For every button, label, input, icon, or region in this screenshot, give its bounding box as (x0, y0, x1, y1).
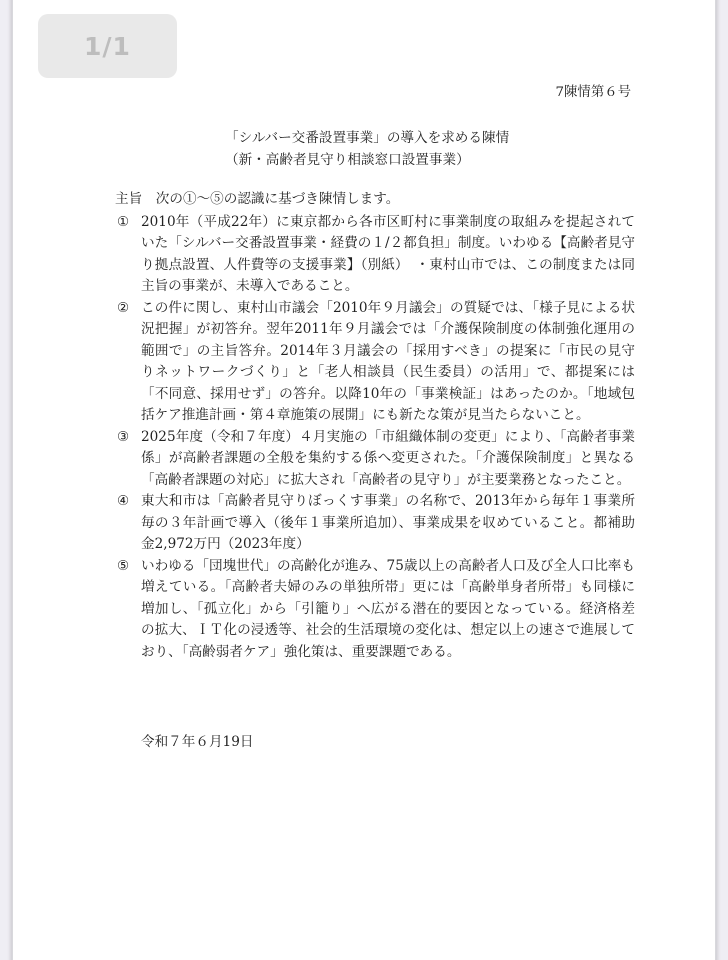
item-text: 2010年（平成22年）に東京都から各市区町村に事業制度の取組みを提起されていた… (141, 212, 635, 298)
list-item: ① 2010年（平成22年）に東京都から各市区町村に事業制度の取組みを提起されて… (115, 212, 635, 298)
document-subtitle: （新・高齢者見守り相談窓口設置事業） (225, 149, 509, 171)
item-text: いわゆる「団塊世代」の高齢化が進み、75歳以上の高齢者人口及び全人口比率も増えて… (141, 556, 635, 664)
list-item: ④ 東大和市は「高齢者見守りぼっくす事業」の名称で、2013年から毎年１事業所毎… (115, 491, 635, 556)
item-number: ④ (117, 491, 129, 513)
item-text: 2025年度（令和７年度）４月実施の「市組織体制の変更」により、「高齢者事業係」… (141, 427, 635, 492)
title-block: 「シルバー交番設置事業」の導入を求める陳情 （新・高齢者見守り相談窓口設置事業） (225, 127, 509, 171)
document-viewer: 1/1 7陳情第６号 「シルバー交番設置事業」の導入を求める陳情 （新・高齢者見… (0, 0, 728, 960)
item-number: ③ (117, 427, 129, 449)
list-item: ② この件に関し、東村山市議会「2010年９月議会」の質疑では、「様子見による状… (115, 298, 635, 427)
item-number: ① (117, 212, 129, 234)
document-page[interactable]: 7陳情第６号 「シルバー交番設置事業」の導入を求める陳情 （新・高齢者見守り相談… (12, 0, 716, 960)
item-number: ② (117, 298, 129, 320)
summary-line: 主旨 次の①～⑤の認識に基づき陳情します。 (115, 189, 635, 211)
list-item: ⑤ いわゆる「団塊世代」の高齢化が進み、75歳以上の高齢者人口及び全人口比率も増… (115, 556, 635, 664)
item-text: この件に関し、東村山市議会「2010年９月議会」の質疑では、「様子見による状況把… (141, 298, 635, 427)
list-item: ③ 2025年度（令和７年度）４月実施の「市組織体制の変更」により、「高齢者事業… (115, 427, 635, 492)
document-number: 7陳情第６号 (556, 82, 631, 104)
document-body: 主旨 次の①～⑤の認識に基づき陳情します。 ① 2010年（平成22年）に東京都… (115, 189, 635, 663)
page-indicator-badge: 1/1 (38, 14, 177, 78)
document-title: 「シルバー交番設置事業」の導入を求める陳情 (225, 127, 509, 149)
item-text: 東大和市は「高齢者見守りぼっくす事業」の名称で、2013年から毎年１事業所毎の３… (141, 491, 635, 556)
document-date: 令和７年６月19日 (141, 732, 253, 754)
item-number: ⑤ (117, 556, 129, 578)
